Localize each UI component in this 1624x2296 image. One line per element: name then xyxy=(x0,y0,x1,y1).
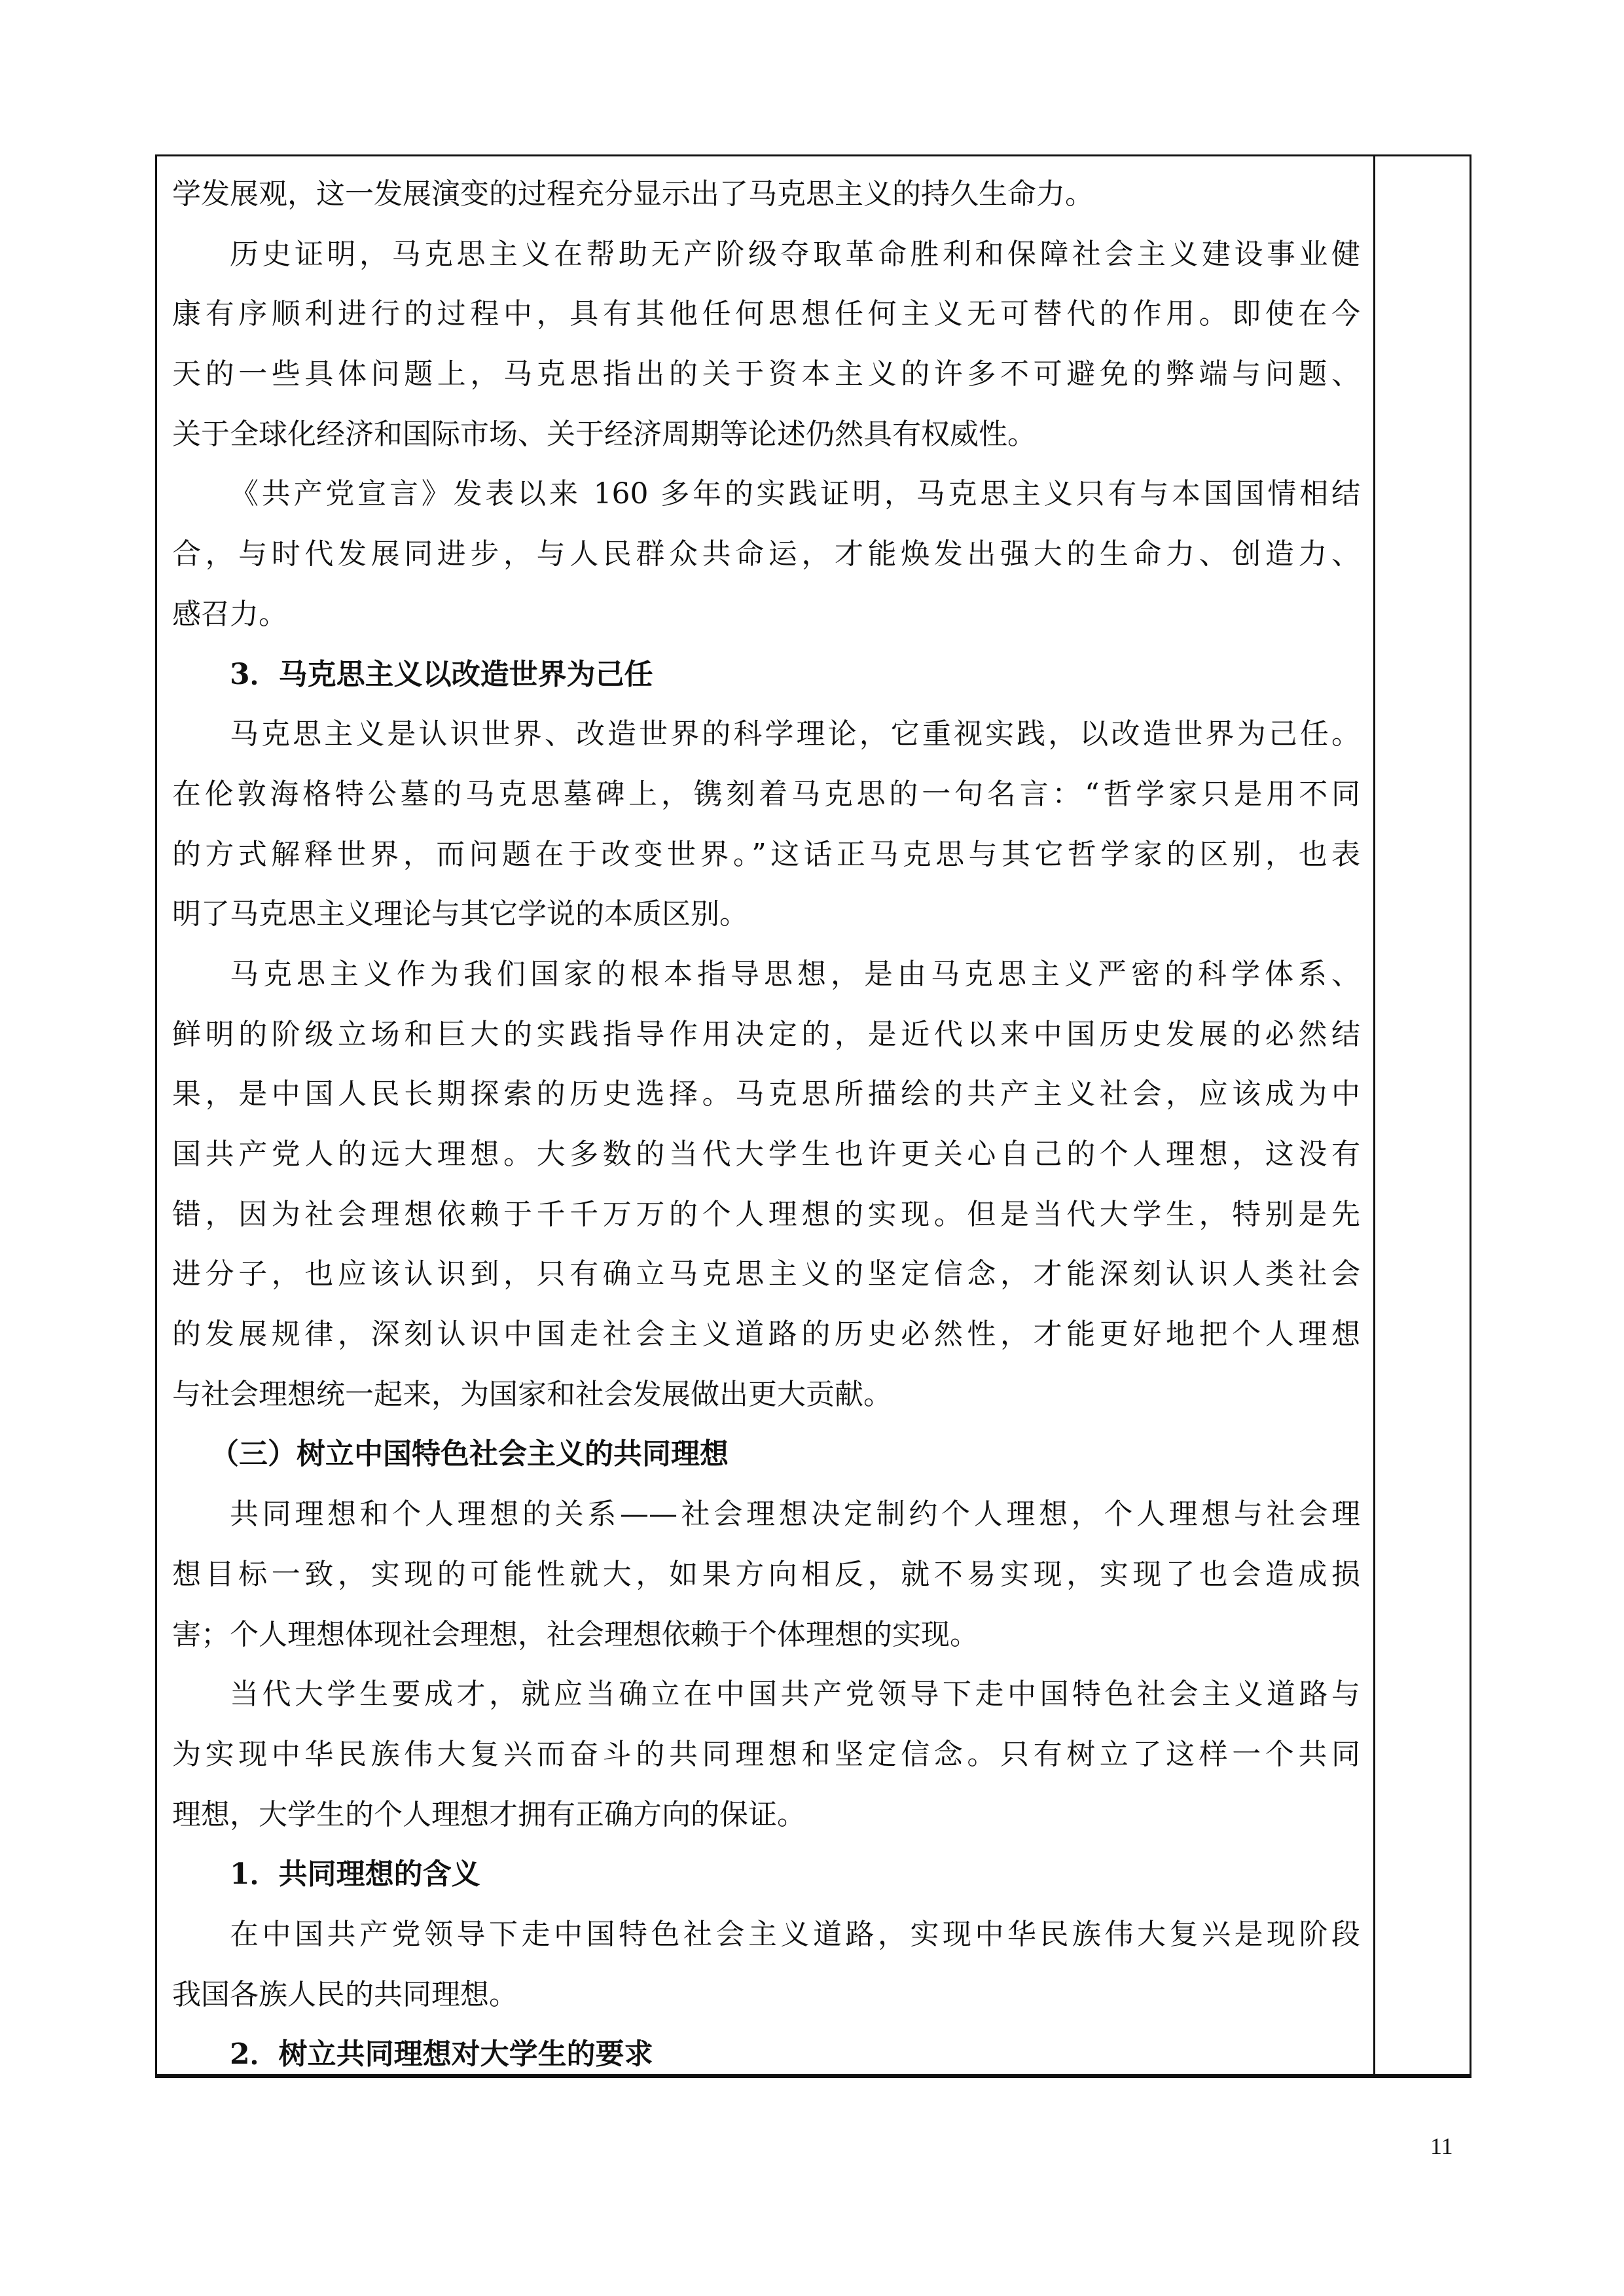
text-line: 共同理想和个人理想的关系——社会理想决定制约个人理想，个人理想与社会理 xyxy=(172,1484,1360,1545)
text-line: 为实现中华民族伟大复兴而奋斗的共同理想和坚定信念。只有树立了这样一个共同 xyxy=(172,1725,1360,1785)
text-line: 的方式解释世界，而问题在于改变世界。”这话正马克思与其它哲学家的区别，也表 xyxy=(172,825,1360,885)
text-line: 学发展观，这一发展演变的过程充分显示出了马克思主义的持久生命力。 xyxy=(172,164,1360,224)
text-line: 的发展规律，深刻认识中国走社会主义道路的历史必然性，才能更好地把个人理想 xyxy=(172,1304,1360,1365)
table-bottom-border xyxy=(155,2076,1471,2078)
text-line: 关于全球化经济和国际市场、关于经济周期等论述仍然具有权威性。 xyxy=(172,404,1360,465)
text-line: 与社会理想统一起来，为国家和社会发展做出更大贡献。 xyxy=(172,1365,1360,1425)
text-line: 在中国共产党领导下走中国特色社会主义道路，实现中华民族伟大复兴是现阶段 xyxy=(172,1905,1360,1965)
text-line: 果，是中国人民长期探索的历史选择。马克思所描绘的共产主义社会，应该成为中 xyxy=(172,1064,1360,1124)
subsection-heading: 1．共同理想的含义 xyxy=(172,1844,1360,1905)
text-line: 合，与时代发展同进步，与人民群众共命运，才能焕发出强大的生命力、创造力、 xyxy=(172,524,1360,584)
text-line: 天的一些具体问题上，马克思指出的关于资本主义的许多不可避免的弊端与问题、 xyxy=(172,344,1360,404)
text-line: 在伦敦海格特公墓的马克思墓碑上，镌刻着马克思的一句名言：“哲学家只是用不同 xyxy=(172,764,1360,825)
text-line: 感召力。 xyxy=(172,584,1360,645)
text-line: 马克思主义作为我们国家的根本指导思想，是由马克思主义严密的科学体系、 xyxy=(172,944,1360,1005)
text-line: 进分子，也应该认识到，只有确立马克思主义的坚定信念，才能深刻认识人类社会 xyxy=(172,1244,1360,1304)
text-line: 明了马克思主义理论与其它学说的本质区别。 xyxy=(172,884,1360,944)
text-line: 错，因为社会理想依赖于千千万万的个人理想的实现。但是当代大学生，特别是先 xyxy=(172,1185,1360,1245)
text-line: 当代大学生要成才，就应当确立在中国共产党领导下走中国特色社会主义道路与 xyxy=(172,1664,1360,1725)
text-line: 《共产党宣言》发表以来 160 多年的实践证明，马克思主义只有与本国国情相结 xyxy=(172,464,1360,524)
text-line: 理想，大学生的个人理想才拥有正确方向的保证。 xyxy=(172,1785,1360,1845)
text-line: 害；个人理想体现社会理想，社会理想依赖于个体理想的实现。 xyxy=(172,1605,1360,1665)
document-table: 学发展观，这一发展演变的过程充分显示出了马克思主义的持久生命力。 历史证明，马克… xyxy=(155,154,1471,2076)
text-line: 康有序顺利进行的过程中，具有其他任何思想任何主义无可替代的作用。即使在今 xyxy=(172,284,1360,344)
text-line: 历史证明，马克思主义在帮助无产阶级夺取革命胜利和保障社会主义建设事业健 xyxy=(172,224,1360,285)
column-divider xyxy=(1373,156,1375,2074)
text-line: 想目标一致，实现的可能性就大，如果方向相反，就不易实现，实现了也会造成损 xyxy=(172,1545,1360,1605)
text-line: 我国各族人民的共同理想。 xyxy=(172,1965,1360,2025)
subsection-heading: 3．马克思主义以改造世界为己任 xyxy=(172,645,1360,705)
text-line: 马克思主义是认识世界、改造世界的科学理论，它重视实践，以改造世界为己任。 xyxy=(172,704,1360,764)
text-line: 鲜明的阶级立场和巨大的实践指导作用决定的，是近代以来中国历史发展的必然结 xyxy=(172,1005,1360,1065)
section-heading: （三）树立中国特色社会主义的共同理想 xyxy=(172,1424,1360,1484)
page-number: 11 xyxy=(1430,2132,1453,2160)
text-line: 国共产党人的远大理想。大多数的当代大学生也许更关心自己的个人理想，这没有 xyxy=(172,1124,1360,1185)
main-text-cell: 学发展观，这一发展演变的过程充分显示出了马克思主义的持久生命力。 历史证明，马克… xyxy=(172,164,1360,2085)
